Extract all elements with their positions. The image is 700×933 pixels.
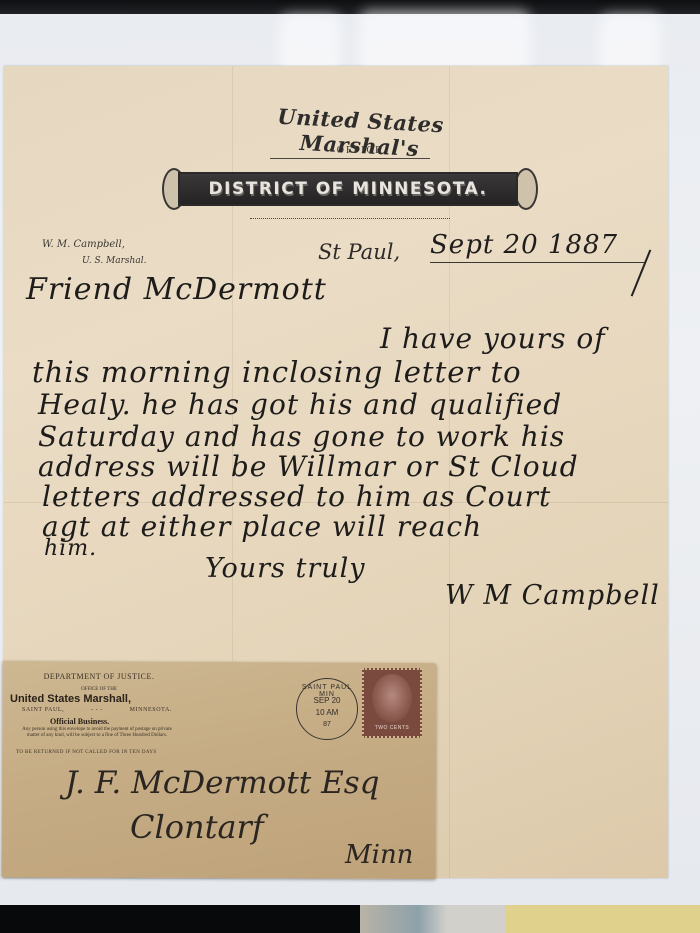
ornament-rule (250, 210, 450, 219)
letterhead-office: OFFICE (290, 145, 430, 156)
letter-line: address will be Willmar or St Cloud (38, 450, 579, 483)
background-yellow-paper (505, 905, 700, 933)
ornament-rule (270, 158, 430, 160)
envelope-warning: Any person using this envelope to avoid … (18, 727, 176, 739)
background-surface (0, 905, 360, 933)
sender-title: U. S. Marshal. (42, 253, 146, 269)
sender-name: W. M. Campbell, (42, 237, 146, 253)
letter-line: letters addressed to him as Court (42, 480, 551, 513)
letter-line: Saturday and has gone to work his (38, 420, 565, 453)
stamp-denomination: TWO CENTS (364, 725, 420, 731)
letter-date: Sept 20 1887 (430, 230, 618, 260)
envelope-state: MINNESOTA. (130, 707, 172, 713)
date-underline (430, 262, 645, 263)
letter-line: Healy. he has got his and qualified (38, 388, 562, 421)
envelope-office-name: United States Marshall, (10, 693, 131, 705)
envelope-address-city: Clontarf (130, 808, 264, 846)
letterhead-banner: DISTRICT OF MINNESOTA. (178, 172, 518, 206)
envelope-address-state: Minn (345, 840, 413, 870)
envelope-official-business: Official Business. (50, 717, 109, 726)
letter-line: this morning inclosing letter to (32, 355, 522, 389)
letter-place: St Paul, (318, 240, 400, 264)
letter-line: I have yours of (380, 322, 606, 355)
washington-portrait-icon (372, 674, 412, 722)
letter-closing: Yours truly (205, 553, 366, 584)
postmark-time: 10 AM (296, 708, 358, 717)
letterhead-banner-text: DISTRICT OF MINNESOTA. (209, 179, 488, 199)
salutation: Friend McDermott (26, 272, 327, 307)
background-newspaper-clipping (360, 905, 505, 933)
envelope-return-notice: TO BE RETURNED IF NOT CALLED FOR IN TEN … (16, 750, 157, 755)
letter-line: him. (44, 536, 97, 561)
sender-block: W. M. Campbell, U. S. Marshal. (42, 237, 146, 269)
envelope-city: SAINT PAUL, (22, 707, 64, 713)
postmark-date: SEP 20 (296, 696, 358, 705)
letter-line: agt at either place will reach (42, 510, 482, 543)
envelope-dashes: - - - (91, 707, 103, 713)
postmark-year: 87 (296, 721, 358, 728)
signature: W M Campbell (445, 580, 660, 611)
envelope-department: DEPARTMENT OF JUSTICE. (24, 672, 174, 681)
envelope-addressee: J. F. McDermott Esq (65, 765, 379, 801)
envelope-office-of: OFFICE OF THE (24, 687, 174, 692)
envelope-city-line: SAINT PAUL, - - - MINNESOTA. (22, 707, 172, 713)
